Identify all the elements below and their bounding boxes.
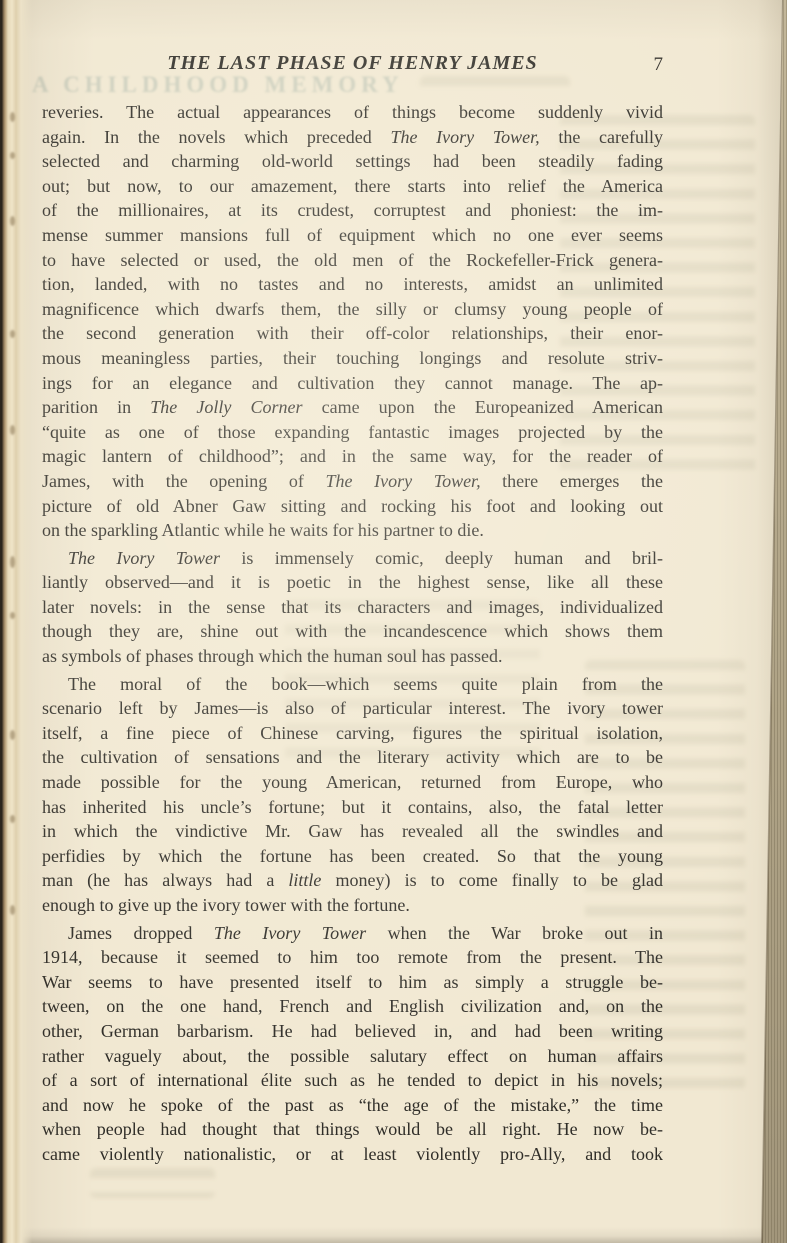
text-line: as symbols of phases through which the h… bbox=[42, 644, 663, 669]
fore-edge-line bbox=[759, 0, 787, 1243]
text-line: of the millionaires, at its crudest, cor… bbox=[42, 198, 663, 223]
text-line: ings for an elegance and cultivation the… bbox=[42, 371, 663, 396]
text-line: magic lantern of childhood”; and in the … bbox=[42, 444, 663, 469]
text-line: to have selected or used, the old men of… bbox=[42, 248, 663, 273]
text-column: THE LAST PHASE OF HENRY JAMES 7 reveries… bbox=[42, 52, 663, 1167]
text-line: magnificence which dwarfs them, the sill… bbox=[42, 297, 663, 322]
text-line: the cultivation of sensations and the li… bbox=[42, 745, 663, 770]
gutter-nick bbox=[10, 112, 15, 122]
paragraph: reveries. The actual appearances of thin… bbox=[42, 100, 663, 543]
text-line: mense summer mansions full of equipment … bbox=[42, 223, 663, 248]
paragraph: James dropped The Ivory Tower when the W… bbox=[42, 921, 663, 1167]
fore-edge-page-stack bbox=[759, 0, 787, 1243]
gutter-nick bbox=[10, 815, 15, 823]
text-line: of a sort of international élite such as… bbox=[42, 1068, 663, 1093]
binding-gutter-edge bbox=[0, 0, 32, 1243]
gutter-nick bbox=[10, 330, 15, 338]
text-line: on the sparkling Atlantic while he waits… bbox=[42, 518, 663, 543]
page-header: THE LAST PHASE OF HENRY JAMES 7 bbox=[42, 52, 663, 82]
gutter-nick bbox=[10, 556, 15, 568]
text-line: reveries. The actual appearances of thin… bbox=[42, 100, 663, 125]
paragraph: The moral of the book—which seems quite … bbox=[42, 672, 663, 918]
text-line: scenario left by James—is also of partic… bbox=[42, 696, 663, 721]
text-line: came violently nationalistic, or at leas… bbox=[42, 1142, 663, 1167]
gutter-nick bbox=[10, 216, 15, 226]
gutter-nick bbox=[10, 152, 15, 159]
text-line: out; but now, to our amazement, there st… bbox=[42, 174, 663, 199]
paragraph: The Ivory Tower is immensely comic, deep… bbox=[42, 546, 663, 669]
text-line: liantly observed—and it is poetic in the… bbox=[42, 570, 663, 595]
text-line: itself, a fine piece of Chinese carving,… bbox=[42, 721, 663, 746]
text-line: 1914, because it seemed to him too remot… bbox=[42, 945, 663, 970]
text-line: and now he spoke of the past as “the age… bbox=[42, 1093, 663, 1118]
gutter-nick bbox=[10, 612, 15, 619]
gutter-nick bbox=[10, 905, 15, 915]
text-line: picture of old Abner Gaw sitting and roc… bbox=[42, 494, 663, 519]
text-line: selected and charming old-world settings… bbox=[42, 149, 663, 174]
text-line: James, with the opening of The Ivory Tow… bbox=[42, 469, 663, 494]
text-line: War seems to have presented itself to hi… bbox=[42, 970, 663, 995]
gutter-nick bbox=[10, 425, 15, 435]
text-line: later novels: in the sense that its char… bbox=[42, 595, 663, 620]
text-line: parition in The Jolly Corner came upon t… bbox=[42, 395, 663, 420]
text-line: again. In the novels which preceded The … bbox=[42, 125, 663, 150]
text-line: in which the vindictive Mr. Gaw has reve… bbox=[42, 819, 663, 844]
text-line: tween, on the one hand, French and Engli… bbox=[42, 994, 663, 1019]
text-line: James dropped The Ivory Tower when the W… bbox=[42, 921, 663, 946]
text-line: the second generation with their off-col… bbox=[42, 321, 663, 346]
running-head: THE LAST PHASE OF HENRY JAMES bbox=[42, 52, 663, 75]
text-line: rather vaguely about, the possible salut… bbox=[42, 1044, 663, 1069]
text-line: “quite as one of those expanding fantast… bbox=[42, 420, 663, 445]
text-line: tion, landed, with no tastes and no inte… bbox=[42, 272, 663, 297]
show-through-smudge bbox=[90, 1168, 215, 1198]
text-line: other, German barbarism. He had believed… bbox=[42, 1019, 663, 1044]
page-number: 7 bbox=[654, 54, 664, 76]
text-line: mous meaningless parties, their touching… bbox=[42, 346, 663, 371]
body-text: reveries. The actual appearances of thin… bbox=[42, 100, 663, 1167]
text-line: The moral of the book—which seems quite … bbox=[42, 672, 663, 697]
text-line: The Ivory Tower is immensely comic, deep… bbox=[42, 546, 663, 571]
text-line: enough to give up the ivory tower with t… bbox=[42, 893, 663, 918]
text-line: made possible for the young American, re… bbox=[42, 770, 663, 795]
text-line: when people had thought that things woul… bbox=[42, 1117, 663, 1142]
text-line: perfidies by which the fortune has been … bbox=[42, 844, 663, 869]
text-line: though they are, shine out with the inca… bbox=[42, 619, 663, 644]
book-page-scan: { "header": { "title": "THE LAST PHASE O… bbox=[0, 0, 787, 1243]
text-line: has inherited his uncle’s fortune; but i… bbox=[42, 795, 663, 820]
text-line: man (he has always had a little money) i… bbox=[42, 868, 663, 893]
gutter-nick bbox=[10, 730, 15, 740]
